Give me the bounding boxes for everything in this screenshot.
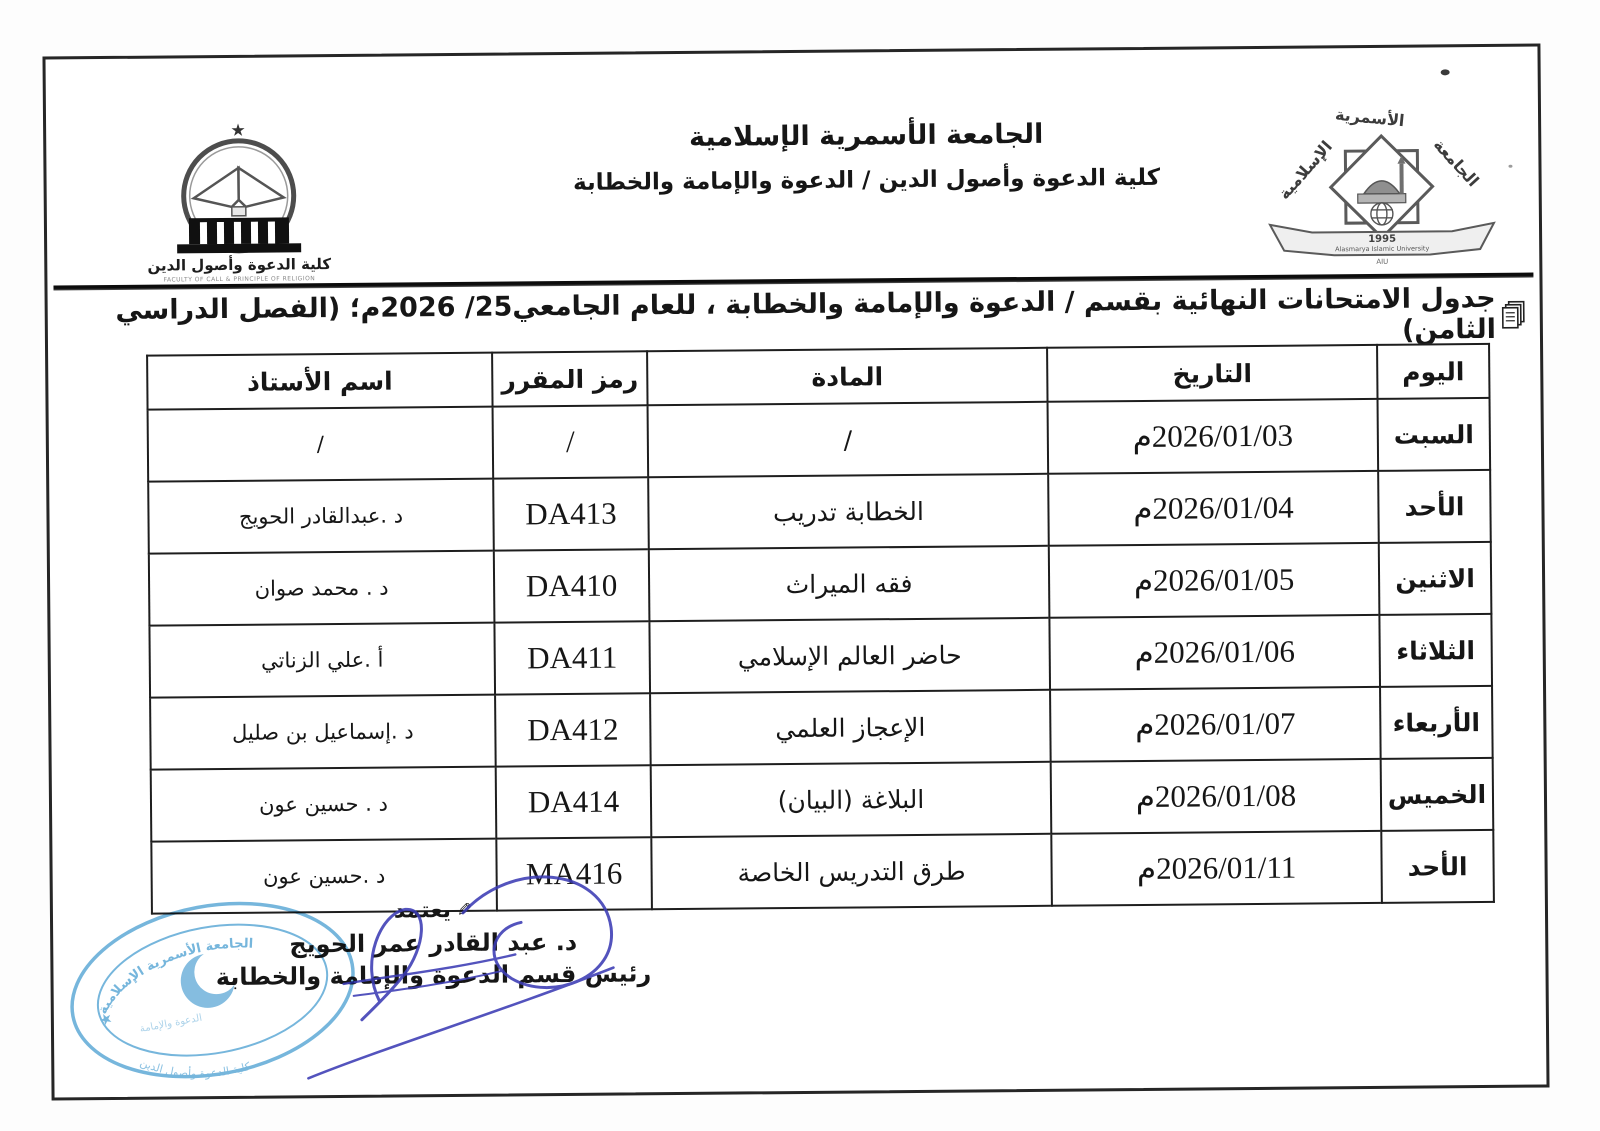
ink-speck bbox=[1441, 69, 1450, 75]
day-cell: الثلاثاء bbox=[1379, 614, 1492, 687]
globe-icon bbox=[1371, 203, 1393, 225]
professor-cell: / bbox=[148, 407, 494, 482]
pen-icon: ✎ bbox=[457, 900, 472, 921]
date-cell: 2026/01/08م bbox=[1051, 759, 1382, 834]
professor-cell: د . حسين عون bbox=[151, 767, 497, 842]
exam-row: الخميس 2026/01/08م البلاغة (البيان) DA41… bbox=[151, 758, 1494, 842]
code-cell: DA413 bbox=[493, 477, 649, 550]
exam-row: الثلاثاء 2026/01/06م حاضر العالم الإسلام… bbox=[149, 614, 1492, 698]
exam-row: الأحد 2026/01/04م الخطابة تدريب DA413 د … bbox=[148, 470, 1491, 554]
col-header-professor: اسم الأستاذ bbox=[147, 353, 492, 410]
day-cell: الأحد bbox=[1381, 830, 1494, 903]
faculty-department-line: كلية الدعوة وأصول الدين / الدعوة والإمام… bbox=[466, 164, 1266, 197]
logo-abbr: AIU bbox=[1376, 258, 1388, 266]
stamp-text-bottom: كلية الدعوة وأصول الدين bbox=[136, 1037, 252, 1094]
university-logo-emblem: 1995 Alasmarya Islamic University AIU bbox=[1251, 81, 1498, 283]
subject-cell: الإعجاز العلمي bbox=[650, 690, 1051, 765]
exam-row: الاثنين 2026/01/05م فقه الميراث DA410 د … bbox=[149, 542, 1492, 626]
stamp-text-middle: الدعوة والإمامة bbox=[139, 1013, 203, 1035]
col-header-date: التاريخ bbox=[1047, 345, 1377, 402]
date-cell: 2026/01/06م bbox=[1049, 615, 1380, 690]
professor-cell: د . محمد صوان bbox=[149, 551, 495, 626]
day-cell: الأربعاء bbox=[1380, 686, 1493, 759]
professor-cell: د .إسماعيل بن صليل bbox=[150, 695, 496, 770]
col-header-subject: المادة bbox=[647, 348, 1047, 405]
exam-row: الأربعاء 2026/01/07م الإعجاز العلمي DA41… bbox=[150, 686, 1493, 770]
faculty-logo: ★ كلية الدعوة وأصول الدين FACULTY OF CAL… bbox=[131, 117, 347, 289]
subject-cell: الخطابة تدريب bbox=[648, 474, 1049, 549]
code-cell: DA412 bbox=[495, 693, 651, 766]
scanned-page-border: ★ كلية الدعوة وأصول الدين FACULTY OF CAL… bbox=[42, 43, 1549, 1100]
university-logo: الجامعة الأسمرية الإسلامية bbox=[1251, 81, 1498, 283]
professor-cell: د .عبدالقادر الحويج bbox=[148, 479, 494, 554]
col-header-day: اليوم bbox=[1377, 344, 1489, 399]
ink-speck bbox=[1508, 165, 1512, 168]
table-body: السبت 2026/01/03م / / / الأحد 2026/01/04… bbox=[148, 398, 1494, 914]
date-cell: 2026/01/04م bbox=[1048, 471, 1379, 546]
exam-schedule-table: اليوم التاريخ المادة رمز المقرر اسم الأس… bbox=[146, 343, 1495, 915]
day-cell: الاثنين bbox=[1379, 542, 1492, 615]
code-cell: DA410 bbox=[494, 549, 650, 622]
scanned-exam-schedule-page: { "header": { "university": "الجامعة الأ… bbox=[0, 0, 1600, 1131]
pages-icon bbox=[1500, 300, 1530, 330]
code-cell: DA414 bbox=[496, 765, 652, 838]
col-header-code: رمز المقرر bbox=[492, 351, 647, 406]
document-header: الجامعة الأسمرية الإسلامية كلية الدعوة و… bbox=[466, 117, 1267, 197]
university-name: الجامعة الأسمرية الإسلامية bbox=[466, 117, 1266, 155]
svg-text:كلية الدعوة وأصول الدين: كلية الدعوة وأصول الدين bbox=[136, 1037, 252, 1094]
faculty-logo-caption-en: FACULTY OF CALL & PRINCIPLE OF RELIGION bbox=[164, 275, 316, 283]
code-cell: DA411 bbox=[494, 621, 650, 694]
code-cell: / bbox=[493, 405, 649, 478]
day-cell: الأحد bbox=[1378, 470, 1491, 543]
mosque-building-icon bbox=[177, 217, 301, 253]
day-cell: السبت bbox=[1378, 398, 1491, 471]
exam-row: السبت 2026/01/03م / / / bbox=[148, 398, 1491, 482]
subject-cell: حاضر العالم الإسلامي bbox=[649, 618, 1050, 693]
date-cell: 2026/01/11م bbox=[1051, 831, 1382, 906]
star-icon: ★ bbox=[230, 121, 245, 141]
subject-cell: طرق التدريس الخاصة bbox=[651, 834, 1052, 909]
subject-cell: / bbox=[648, 402, 1049, 477]
approval-label: يعتمد bbox=[394, 898, 451, 923]
open-book-icon bbox=[193, 167, 283, 216]
date-cell: 2026/01/07م bbox=[1050, 687, 1381, 762]
day-cell: الخميس bbox=[1381, 758, 1494, 831]
logo-name-en: Alasmarya Islamic University bbox=[1335, 244, 1429, 253]
subject-cell: فقه الميراث bbox=[649, 546, 1050, 621]
logo-year: 1995 bbox=[1368, 234, 1396, 245]
date-cell: 2026/01/05م bbox=[1049, 543, 1380, 618]
faculty-logo-caption: كلية الدعوة وأصول الدين bbox=[147, 254, 331, 275]
date-cell: 2026/01/03م bbox=[1048, 399, 1379, 474]
professor-cell: أ .علي الزناتي bbox=[149, 623, 495, 698]
subject-cell: البلاغة (البيان) bbox=[651, 762, 1052, 837]
official-stamp: ★ الجامعة الأسمرية الإسلامية كلية الدعوة… bbox=[40, 852, 386, 1130]
